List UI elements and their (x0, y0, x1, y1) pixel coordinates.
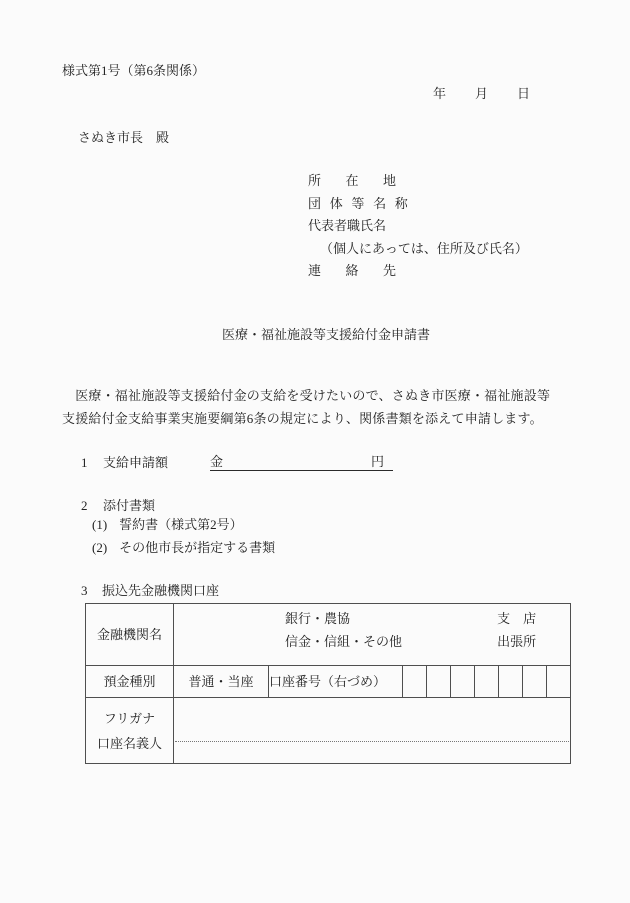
attachment-item-1: (1)誓約書（様式第2号） (92, 518, 243, 531)
individual-note: （個人にあっては、住所及び氏名） (308, 242, 528, 265)
deposit-options-cell: 普通・当座 (174, 666, 269, 698)
attachment-item-2-text: その他市長が指定する書類 (119, 540, 275, 555)
rep-name-label: 代表者職氏名 (308, 219, 528, 242)
amount-prefix: 金 (210, 455, 223, 468)
document-title: 医療・福祉施設等支援給付金申請書 (0, 328, 630, 341)
branch-line2: 出張所 (497, 635, 536, 658)
date-line: 年 月 日 (0, 87, 630, 100)
section2-number: 2 (81, 499, 88, 512)
institution-name-cell[interactable]: 銀行・農協 信金・信組・その他 支 店 出張所 (174, 604, 571, 666)
application-form-page: 様式第1号（第6条関係） 年 月 日 さぬき市長 殿 所在地 団体等名称 代表者… (0, 0, 630, 903)
attachment-item-1-number: (1) (92, 517, 107, 532)
attachment-item-2-number: (2) (92, 540, 107, 555)
address-label: 所在地 (308, 174, 528, 197)
account-digit-box[interactable] (451, 666, 475, 698)
branch-type-options: 支 店 出張所 (497, 612, 536, 658)
body-paragraph-line2: 支援給付金支給事業実施要綱第6条の規定により、関係書類を添えて申請します。 (62, 412, 543, 425)
deposit-type-label-cell: 預金種別 (86, 666, 174, 698)
form-code: 様式第1号（第6条関係） (62, 64, 205, 77)
account-digit-box[interactable] (475, 666, 499, 698)
attachment-item-1-text: 誓約書（様式第2号） (119, 517, 243, 532)
institution-label-cell: 金融機関名 (86, 604, 174, 666)
bank-account-table: 金融機関名 銀行・農協 信金・信組・その他 支 店 出張所 預金種別 普通・当座… (85, 603, 571, 764)
account-digit-box[interactable] (403, 666, 427, 698)
account-digit-box[interactable] (523, 666, 547, 698)
amount-unit: 円 (371, 455, 384, 468)
section1-label: 支給申請額 (103, 456, 168, 469)
bank-type-line1: 銀行・農協 (285, 612, 402, 635)
account-digit-box[interactable] (427, 666, 451, 698)
bank-type-line2: 信金・信組・その他 (285, 635, 402, 658)
furigana-label: フリガナ (86, 706, 173, 731)
account-digit-box[interactable] (547, 666, 571, 698)
branch-line1: 支 店 (497, 612, 536, 635)
holder-name-cell[interactable] (174, 698, 571, 764)
holder-label-cell: フリガナ 口座名義人 (86, 698, 174, 764)
holder-label: 口座名義人 (86, 731, 173, 756)
furigana-input-zone[interactable] (175, 720, 569, 742)
amount-input-line[interactable]: 金 円 (210, 455, 393, 471)
section3-number: 3 (81, 584, 88, 597)
body-paragraph-line1: 医療・福祉施設等支援給付金の支給を受けたいので、さぬき市医療・福祉施設等 (62, 389, 550, 402)
bank-type-options: 銀行・農協 信金・信組・その他 (285, 612, 402, 658)
account-number-label-cell: 口座番号（右づめ） (269, 666, 403, 698)
addressee: さぬき市長 殿 (78, 131, 169, 144)
attachment-item-2: (2)その他市長が指定する書類 (92, 541, 275, 554)
section3-label: 振込先金融機関口座 (102, 584, 219, 597)
section2-label: 添付書類 (103, 499, 155, 512)
contact-label: 連絡先 (308, 264, 528, 287)
applicant-block: 所在地 団体等名称 代表者職氏名 （個人にあっては、住所及び氏名） 連絡先 (308, 174, 528, 287)
section1-number: 1 (81, 456, 88, 469)
account-digit-box[interactable] (499, 666, 523, 698)
org-name-label: 団体等名称 (308, 197, 528, 220)
